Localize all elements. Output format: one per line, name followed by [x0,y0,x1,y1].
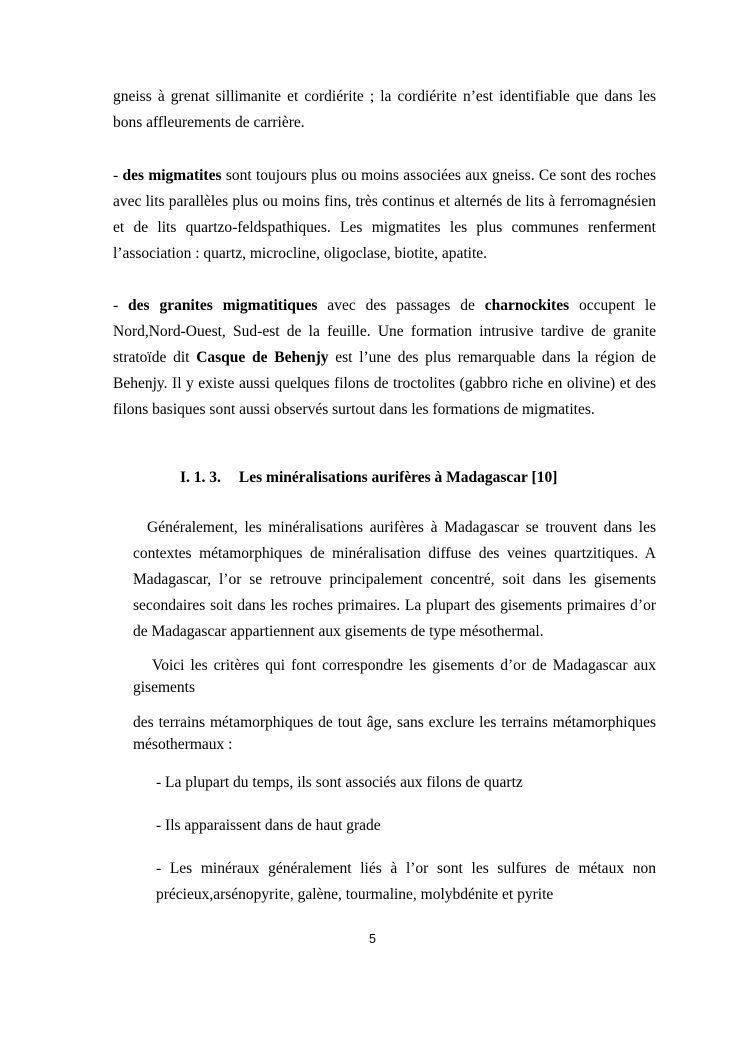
paragraph-voici-criteres: Voici les critères qui font correspondre… [133,655,656,699]
section-heading: I. 1. 3.Les minéralisations aurifères à … [113,465,656,491]
paragraph-granites-migmatitiques: - des granites migmatitiques avec des pa… [113,293,656,423]
bullet-item-mineraux: - Les minéraux généralement liés à l’or … [156,856,656,908]
paragraph-gneiss: gneiss à grenat sillimanite et cordiérit… [113,84,656,136]
indented-block: Généralement, les minéralisations aurifè… [133,515,656,756]
paragraph-migmatites: - des migmatites sont toujours plus ou m… [113,163,656,267]
section-heading-title: Les minéralisations aurifères à Madagasc… [239,469,557,486]
page-number: 5 [0,931,745,948]
page-content: gneiss à grenat sillimanite et cordiérit… [113,84,656,908]
paragraph-generalement: Généralement, les minéralisations aurifè… [133,515,656,645]
section-heading-number: I. 1. 3. [180,465,221,491]
bullet-item-quartz: - La plupart du temps, ils sont associés… [156,770,656,796]
document-page: gneiss à grenat sillimanite et cordiérit… [0,0,745,1053]
paragraph-terrains-metamorphiques: des terrains métamorphiques de tout âge,… [133,712,656,756]
bullet-item-haut-grade: - Ils apparaissent dans de haut grade [156,813,656,839]
